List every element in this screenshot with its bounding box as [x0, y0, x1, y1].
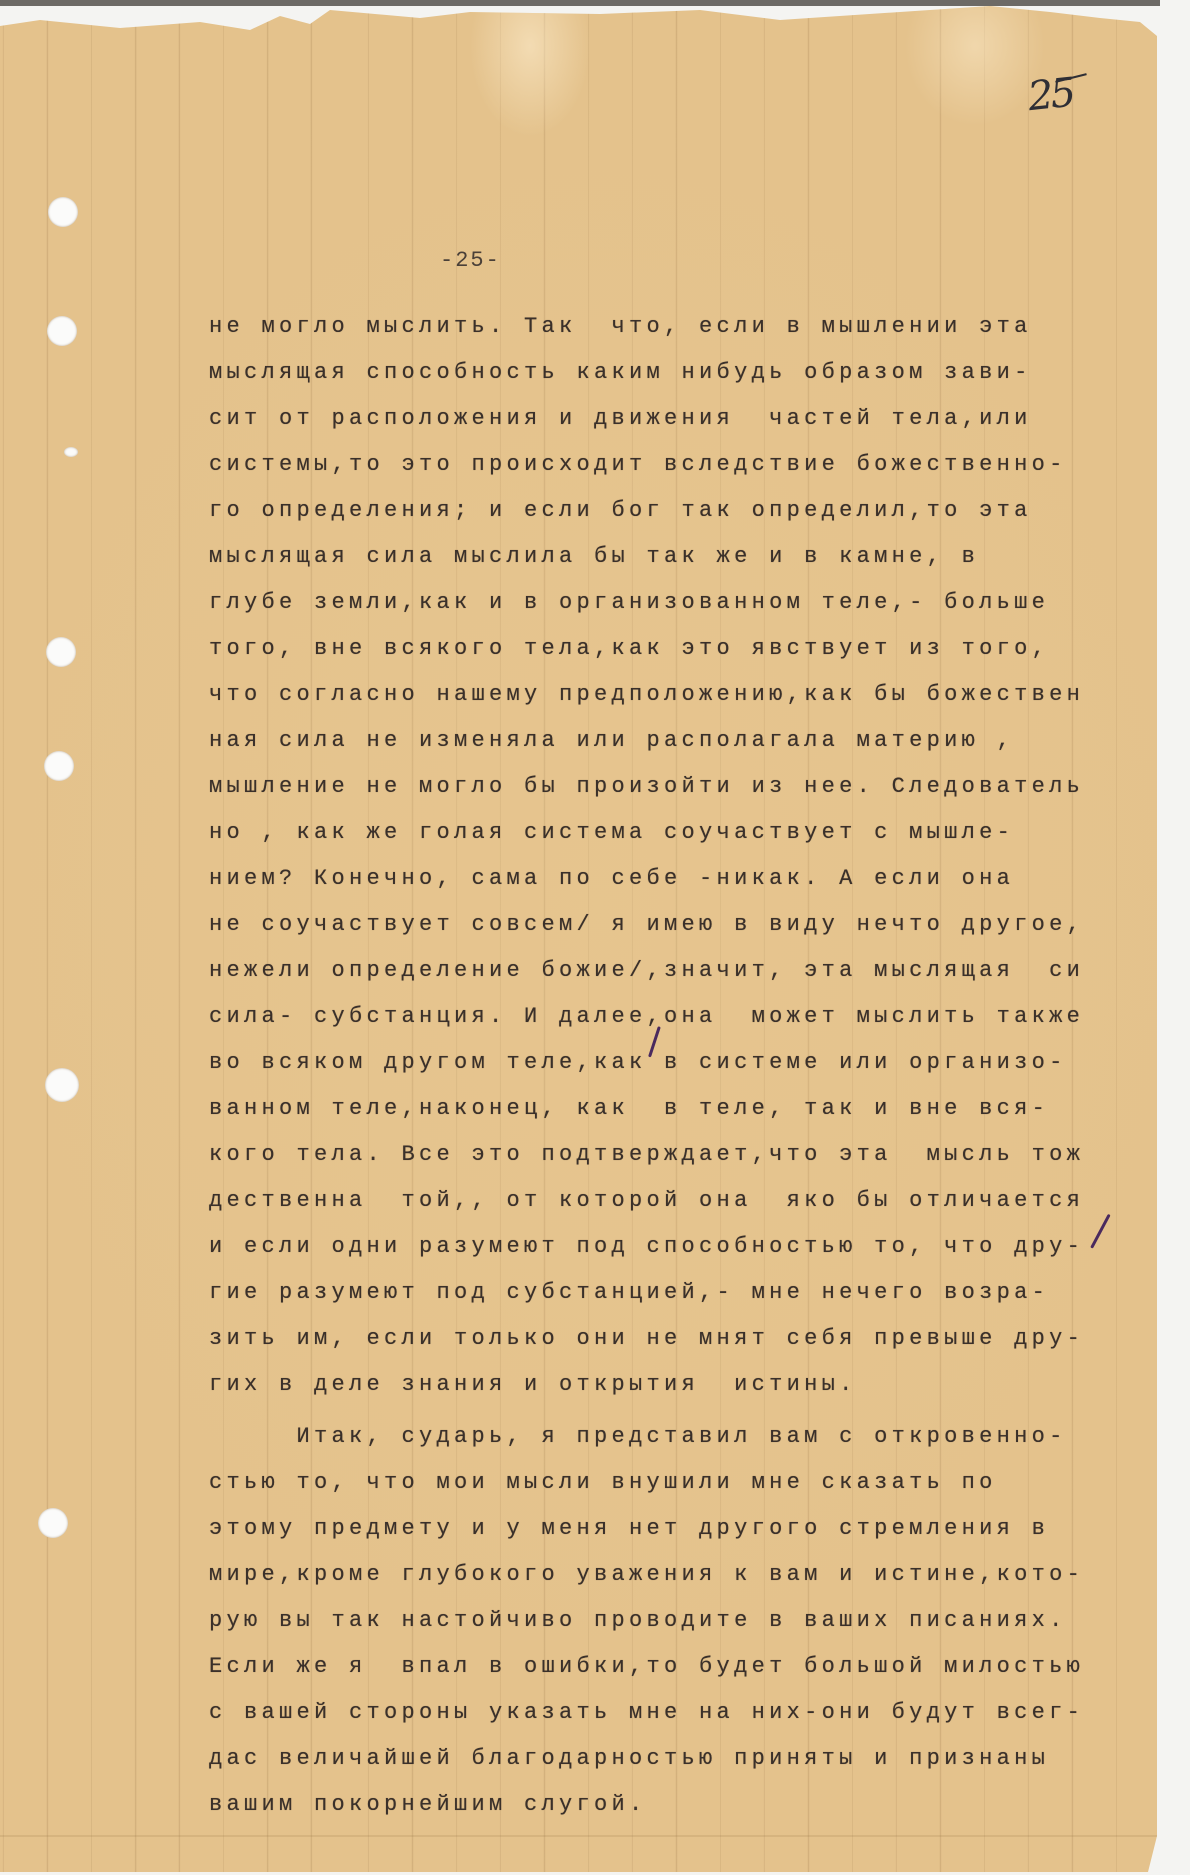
text-line: дас величайшей благодарностью приняты и … — [209, 1736, 1149, 1782]
binder-hole — [47, 316, 77, 346]
text-line: этому предмету и у меня нет другого стре… — [209, 1506, 1149, 1552]
binder-hole — [46, 637, 76, 667]
page-number-header: -25- — [440, 248, 501, 273]
text-line: Итак, сударь, я представил вам с открове… — [209, 1414, 1149, 1460]
text-line: вашим покорнейшим слугой. — [209, 1782, 1149, 1828]
text-line: ная сила не изменяла или располагала мат… — [209, 718, 1149, 764]
text-line: зить им, если только они не мнят себя пр… — [209, 1316, 1149, 1362]
text-line: не соучаствует совсем/ я имею в виду неч… — [209, 902, 1149, 948]
binder-hole — [48, 197, 78, 227]
paper-crease — [0, 1835, 1157, 1837]
scanner-edge — [0, 0, 1160, 6]
binder-hole — [44, 751, 74, 781]
text-line: мыслящая способность каким нибудь образо… — [209, 350, 1149, 396]
text-line: во всяком другом теле,как в системе или … — [209, 1040, 1149, 1086]
text-line: и если одни разумеют под способностью то… — [209, 1224, 1149, 1270]
text-line: ванном теле,наконец, как в теле, так и в… — [209, 1086, 1149, 1132]
text-line: Если же я впал в ошибки,то будет большой… — [209, 1644, 1149, 1690]
text-line: сила- субстанция. И далее,она может мысл… — [209, 994, 1149, 1040]
typed-text-body: не могло мыслить. Так что, если в мышлен… — [209, 304, 1149, 1828]
text-line: глубе земли,как и в организованном теле,… — [209, 580, 1149, 626]
text-line: сит от расположения и движения частей те… — [209, 396, 1149, 442]
text-line: гие разумеют под субстанцией,- мне нечег… — [209, 1270, 1149, 1316]
text-line: гих в деле знания и открытия истины. — [209, 1362, 1149, 1408]
binder-hole — [45, 1068, 79, 1102]
text-line: нежели определение божие/,значит, эта мы… — [209, 948, 1149, 994]
text-line: кого тела. Все это подтверждает,что эта … — [209, 1132, 1149, 1178]
binder-hole-torn — [64, 447, 78, 457]
text-line: мышление не могло бы произойти из нее. С… — [209, 764, 1149, 810]
text-line: дественна той,, от которой она яко бы от… — [209, 1178, 1149, 1224]
text-line: не могло мыслить. Так что, если в мышлен… — [209, 304, 1149, 350]
text-line: стью то, что мои мысли внушили мне сказа… — [209, 1460, 1149, 1506]
text-line: что согласно нашему предположению,как бы… — [209, 672, 1149, 718]
text-line: но , как же голая система соучаствует с … — [209, 810, 1149, 856]
text-line: го определения; и если бог так определил… — [209, 488, 1149, 534]
text-line: с вашей стороны указать мне на них-они б… — [209, 1690, 1149, 1736]
text-line: системы,то это происходит вследствие бож… — [209, 442, 1149, 488]
text-line: мире,кроме глубокого уважения к вам и ис… — [209, 1552, 1149, 1598]
text-line: нием? Конечно, сама по себе -никак. А ес… — [209, 856, 1149, 902]
text-line: рую вы так настойчиво проводите в ваших … — [209, 1598, 1149, 1644]
binder-hole — [38, 1508, 68, 1538]
text-line: мыслящая сила мыслила бы так же и в камн… — [209, 534, 1149, 580]
text-line: того, вне всякого тела,как это явствует … — [209, 626, 1149, 672]
